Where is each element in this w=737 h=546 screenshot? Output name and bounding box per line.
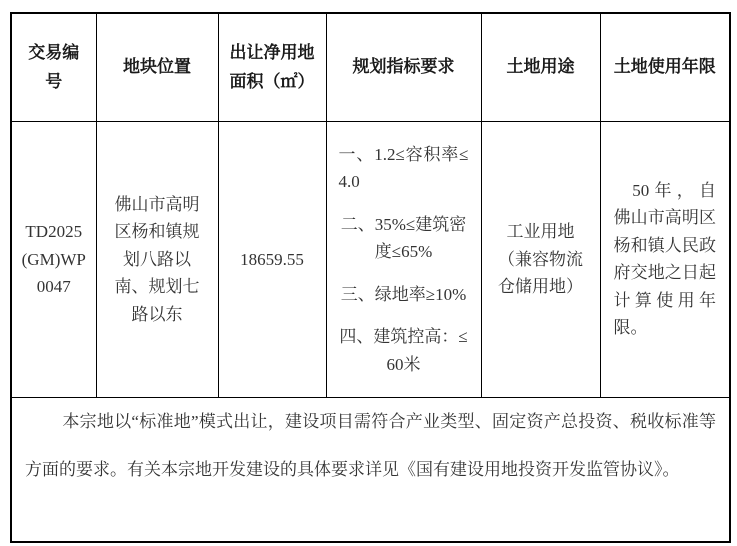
tenure-text: 50年，自佛山市高明区杨和镇人民政府交地之日起计算使用年限。 (614, 177, 717, 342)
header-cell-location: 地块位置 (96, 13, 218, 121)
header-cell-land-use: 土地用途 (481, 13, 600, 121)
land-transfer-table: 交易编号 地块位置 出让净用地面积（㎡） 规划指标要求 土地用途 土地使用年限 … (10, 12, 731, 543)
cell-location: 佛山市高明区杨和镇规划八路以南、规划七路以东 (96, 121, 218, 398)
table-header-row: 交易编号 地块位置 出让净用地面积（㎡） 规划指标要求 土地用途 土地使用年限 (11, 13, 730, 121)
header-cell-planning-requirements: 规划指标要求 (326, 13, 481, 121)
cell-land-use: 工业用地（兼容物流仓储用地） (481, 121, 600, 398)
header-cell-tenure: 土地使用年限 (600, 13, 730, 121)
planning-item-plot-ratio: 一、1.2≤容积率≤4.0 (339, 141, 469, 196)
cell-tenure: 50年，自佛山市高明区杨和镇人民政府交地之日起计算使用年限。 (600, 121, 730, 398)
header-cell-net-area: 出让净用地面积（㎡） (218, 13, 326, 121)
header-cell-transaction-id: 交易编号 (11, 13, 96, 121)
cell-planning-requirements: 一、1.2≤容积率≤4.0 二、35%≤建筑密度≤65% 三、绿地率≥10% 四… (326, 121, 481, 398)
planning-item-building-density: 二、35%≤建筑密度≤65% (339, 211, 469, 266)
cell-note: 本宗地以“标准地”模式出让，建设项目需符合产业类型、固定资产总投资、税收标准等方… (11, 398, 730, 542)
planning-item-height-limit: 四、建筑控高：≤60米 (339, 323, 469, 378)
planning-item-green-ratio: 三、绿地率≥10% (339, 281, 469, 309)
cell-net-area: 18659.55 (218, 121, 326, 398)
table-note-row: 本宗地以“标准地”模式出让，建设项目需符合产业类型、固定资产总投资、税收标准等方… (11, 398, 730, 542)
note-paragraph: 本宗地以“标准地”模式出让，建设项目需符合产业类型、固定资产总投资、税收标准等方… (25, 398, 716, 494)
table-data-row: TD2025(GM)WP0047 佛山市高明区杨和镇规划八路以南、规划七路以东 … (11, 121, 730, 398)
cell-transaction-id: TD2025(GM)WP0047 (11, 121, 96, 398)
page: { "colors": { "background": "#ffffff", "… (0, 0, 737, 546)
